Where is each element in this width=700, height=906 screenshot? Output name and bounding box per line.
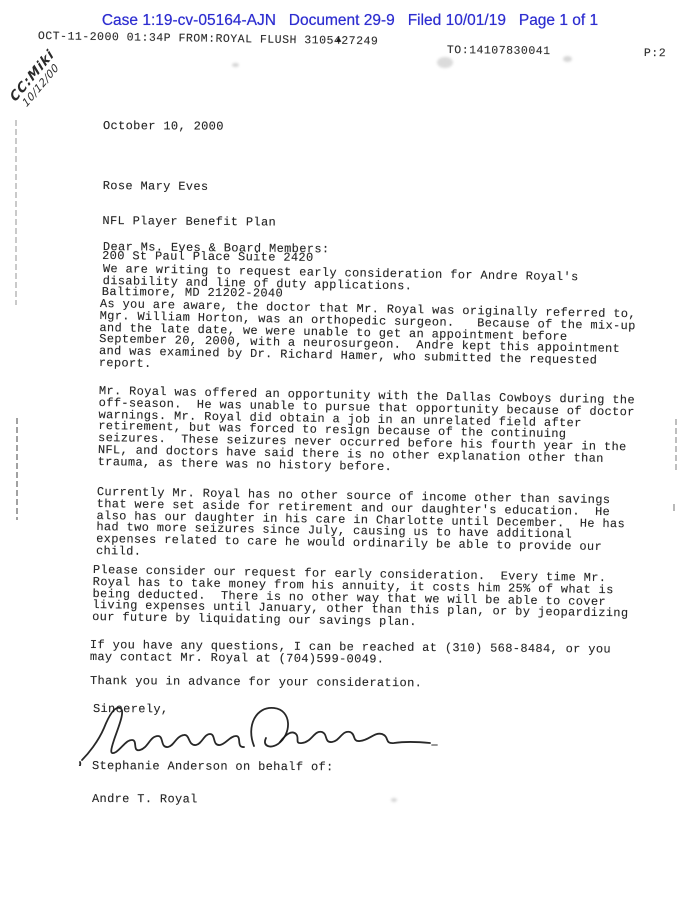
letter-paragraph: Mr. Royal was offered an opportunity wit… xyxy=(98,386,636,478)
fax-page-indicator: P:2 xyxy=(644,47,666,60)
scan-artifact-right xyxy=(675,419,677,471)
letter-paragraph: Thank you in advance for your considerat… xyxy=(90,676,422,690)
scanned-fax-page: Case 1:19-cv-05164-AJN Document 29-9 Fil… xyxy=(0,0,700,906)
letter-paragraph: Please consider our request for early co… xyxy=(92,565,629,632)
letter-paragraph: If you have any questions, I can be reac… xyxy=(90,640,611,668)
letter-paragraph: Currently Mr. Royal has no other source … xyxy=(96,487,626,566)
scan-artifact-right-dot xyxy=(673,504,675,511)
letter-paragraph: As you are aware, the doctor that Mr. Ro… xyxy=(99,299,636,380)
scan-speck-3 xyxy=(391,798,397,802)
signed-by-line: Stephanie Anderson on behalf of: xyxy=(92,761,334,774)
fax-marker-icon: ▲ xyxy=(336,35,341,45)
scan-speck-1 xyxy=(232,63,239,67)
scan-speck-2 xyxy=(563,56,572,62)
salutation: Dear Ms. Eves & Board Members: xyxy=(103,242,330,256)
scan-artifact-left-top xyxy=(15,120,17,305)
fax-to-number: TO:14107830041 xyxy=(447,44,551,58)
recipient-org: NFL Player Benefit Plan xyxy=(102,216,314,230)
fax-from-line: OCT-11-2000 01:34P FROM:ROYAL FLUSH 3105… xyxy=(38,30,379,48)
letter-date: October 10, 2000 xyxy=(103,121,224,133)
signature xyxy=(78,702,438,766)
handwritten-note: CC:Miki 10/12/00 xyxy=(2,40,72,122)
on-behalf-of-name: Andre T. Royal xyxy=(92,794,198,806)
scan-artifact-left-bottom xyxy=(16,418,18,520)
recipient-name: Rose Mary Eves xyxy=(103,181,315,195)
court-filing-header: Case 1:19-cv-05164-AJN Document 29-9 Fil… xyxy=(0,12,700,30)
scan-smudge-under-to xyxy=(437,57,453,68)
